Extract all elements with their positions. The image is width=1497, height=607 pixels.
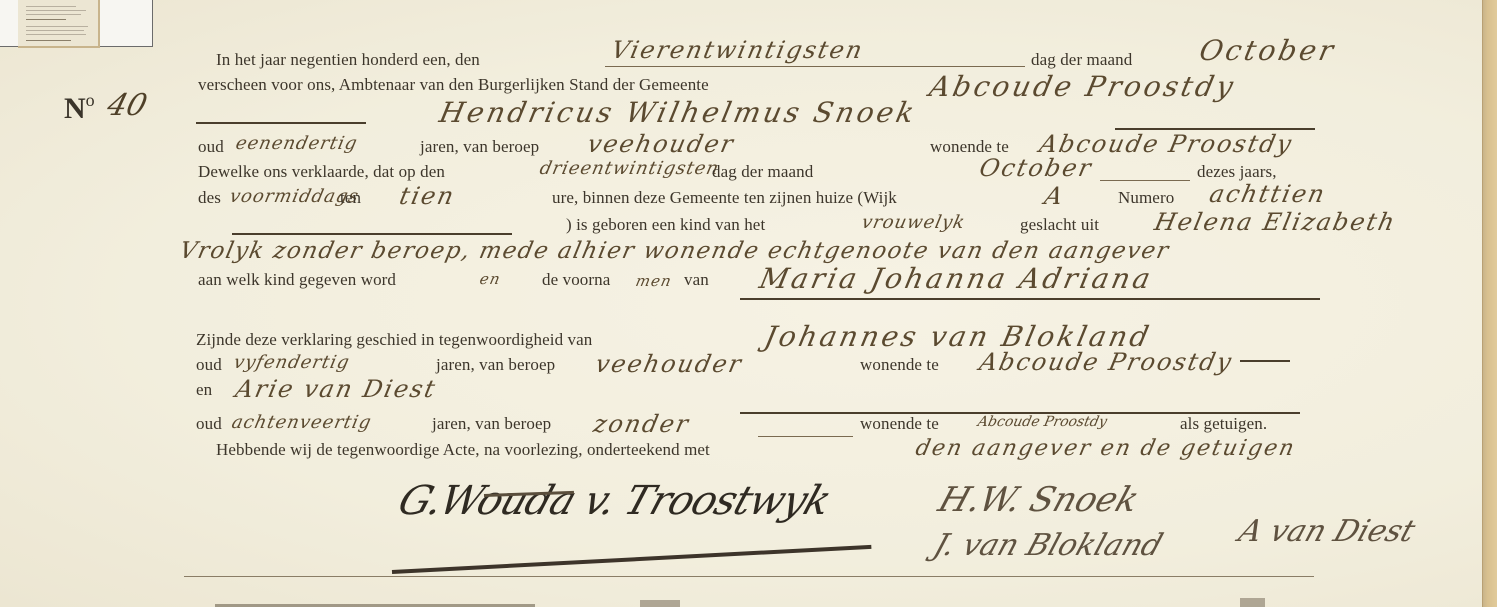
hand-occupation-witness1: veehouder [593, 350, 745, 378]
print-line-7a: ) is geboren een kind van het [566, 215, 765, 235]
hand-house-number: achttien [1207, 180, 1329, 208]
print-wonende-2: wonende te [860, 355, 939, 375]
print-line-10: Zijnde deze verklaring geschied in tegen… [196, 330, 592, 350]
hand-suffix-men: men [634, 272, 674, 290]
print-jaren-3: jaren, van beroep [432, 414, 551, 434]
print-getuigen: als getuigen. [1180, 414, 1267, 434]
print-jaren-2: jaren, van beroep [436, 355, 555, 375]
hand-month: October [1196, 34, 1339, 67]
print-line-5c: dezes jaars, [1197, 162, 1277, 182]
signature-official: G.Wouda v. Troostwyk [393, 478, 837, 524]
print-oud-2: oud [196, 355, 222, 375]
page-edge [1482, 0, 1497, 607]
hand-signers: den aangever en de getuigen [913, 436, 1298, 461]
hand-day: Vierentwintigsten [609, 36, 866, 64]
hand-witness2-name: Arie van Diest [233, 375, 439, 403]
hand-child-name: Maria Johanna Adriana [756, 262, 1156, 295]
print-line-2: verscheen voor ons, Ambtenaar van den Bu… [198, 75, 709, 95]
hand-age-declarant: eenendertig [234, 133, 360, 154]
thumbnail-image[interactable] [18, 0, 100, 48]
print-oud-3: oud [196, 414, 222, 434]
hand-mother-name: Helena Elizabeth [1152, 208, 1399, 236]
print-des: des [198, 188, 221, 208]
signature-witness1: J. van Blokland [929, 528, 1167, 563]
record-number-value: 40 [103, 88, 151, 123]
hand-occupation-declarant: veehouder [585, 130, 737, 158]
document-page: No 40 In het jaar negentien honderd een,… [0, 0, 1482, 607]
hand-age-witness2: achtenveertig [230, 412, 374, 433]
hand-suffix-en: en [478, 270, 502, 288]
print-line-9a: aan welk kind gegeven word [198, 270, 396, 290]
print-line-9c: van [684, 270, 709, 290]
hand-age-witness1: vyfendertig [232, 352, 352, 373]
hand-mother-details: Vrolyk zonder beroep, mede alhier wonend… [177, 238, 1172, 264]
hand-municipality: Abcoude Proostdy [926, 70, 1238, 103]
print-line-1a: In het jaar negentien honderd een, den [216, 50, 480, 70]
hand-birth-day: drieentwintigsten [538, 158, 721, 179]
print-wonende-3: wonende te [860, 414, 939, 434]
record-number-label: No [64, 90, 95, 126]
print-line-5a: Dewelke ons verklaarde, dat op den [198, 162, 445, 182]
print-line-1b: dag der maand [1031, 50, 1132, 70]
hand-wijk: A [1042, 182, 1067, 210]
signature-declarant: H.W. Snoek [934, 480, 1144, 520]
print-line-9b: de voorna [542, 270, 610, 290]
print-line-6a: ure, binnen deze Gemeente ten zijnen hui… [552, 188, 897, 208]
hand-residence-witness1: Abcoude Proostdy [977, 348, 1236, 376]
hand-sex: vrouwelyk [860, 212, 968, 233]
print-oud-1: oud [198, 137, 224, 157]
print-line-5b: dag der maand [712, 162, 813, 182]
print-numero: Numero [1118, 188, 1174, 208]
signature-witness2: A van Diest [1234, 514, 1419, 549]
hand-declarant-name: Hendricus Wilhelmus Snoek [436, 96, 920, 129]
hand-birth-month: October [977, 154, 1095, 182]
hand-residence-witness2: Abcoude Proostdy [976, 414, 1108, 430]
print-en: en [196, 380, 212, 400]
hand-occupation-witness2: zonder [591, 410, 693, 438]
page-thumbnail[interactable] [0, 0, 153, 47]
print-line-14: Hebbende wij de tegenwoordige Acte, na v… [216, 440, 710, 460]
print-ten: ten [340, 188, 361, 208]
hand-hour: tien [397, 182, 458, 210]
print-jaren-1: jaren, van beroep [420, 137, 539, 157]
print-line-7b: geslacht uit [1020, 215, 1099, 235]
